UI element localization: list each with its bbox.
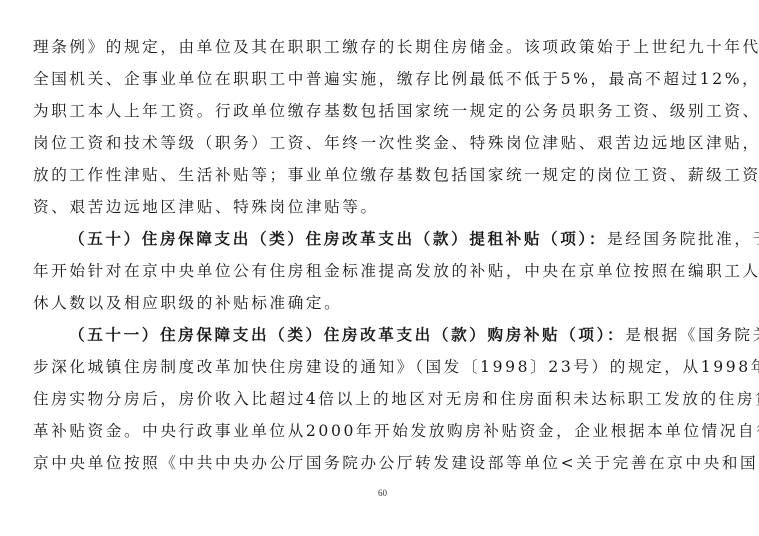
- section-51-first-text: 是根据《国务院关于进一: [625, 326, 759, 344]
- page-number: 60: [378, 488, 387, 498]
- body-line-2: 全国机关、企事业单位在职职工中普遍实施，缴存比例最低不低于5%，最高不超过12%…: [33, 68, 729, 100]
- section-51-line: 步深化城镇住房制度改革加快住房建设的通知》（国发〔1998〕23号）的规定，从1…: [33, 356, 729, 388]
- section-50-line: 休人数以及相应职级的补贴标准确定。: [33, 292, 729, 324]
- body-line-3: 为职工本人上年工资。行政单位缴存基数包括国家统一规定的公务员职务工资、级别工资、…: [33, 100, 729, 132]
- body-line-5: 放的工作性津贴、生活补贴等；事业单位缴存基数包括国家统一规定的岗位工资、薪级工资…: [33, 164, 729, 196]
- section-50-first-line: （五十）住房保障支出（类）住房改革支出（款）提租补贴（项）：是经国务院批准，于2…: [33, 228, 729, 260]
- section-51-line: 住房实物分房后，房价收入比超过4倍以上的地区对无房和住房面积未达标职工发放的住房…: [33, 388, 729, 420]
- body-line-1: 理条例》的规定，由单位及其在职职工缴存的长期住房储金。该项政策始于上世纪九十年代…: [33, 36, 729, 68]
- section-51-line: 革补贴资金。中央行政事业单位从2000年开始发放购房补贴资金，企业根据本单位情况…: [33, 420, 729, 452]
- section-51-heading: （五十一）住房保障支出（类）住房改革支出（款）购房补贴（项）：: [69, 325, 625, 344]
- section-51-first-line: （五十一）住房保障支出（类）住房改革支出（款）购房补贴（项）：是根据《国务院关于…: [33, 324, 729, 356]
- section-51-line: 京中央单位按照《中共中央办公厅国务院办公厅转发建设部等单位<关于完善在京中央和国…: [33, 452, 729, 484]
- section-50-heading: （五十）住房保障支出（类）住房改革支出（款）提租补贴（项）：: [69, 229, 607, 248]
- section-50-line: 年开始针对在京中央单位公有住房租金标准提高发放的补贴，中央在京单位按照在编职工人…: [33, 260, 729, 292]
- body-line-6: 资、艰苦边远地区津贴、特殊岗位津贴等。: [33, 196, 729, 228]
- document-page: 理条例》的规定，由单位及其在职职工缴存的长期住房储金。该项政策始于上世纪九十年代…: [33, 36, 729, 484]
- body-line-4: 岗位工资和技术等级（职务）工资、年终一次性奖金、特殊岗位津贴、艰苦边远地区津贴，…: [33, 132, 729, 164]
- section-50-first-text: 是经国务院批准，于2000: [607, 230, 759, 248]
